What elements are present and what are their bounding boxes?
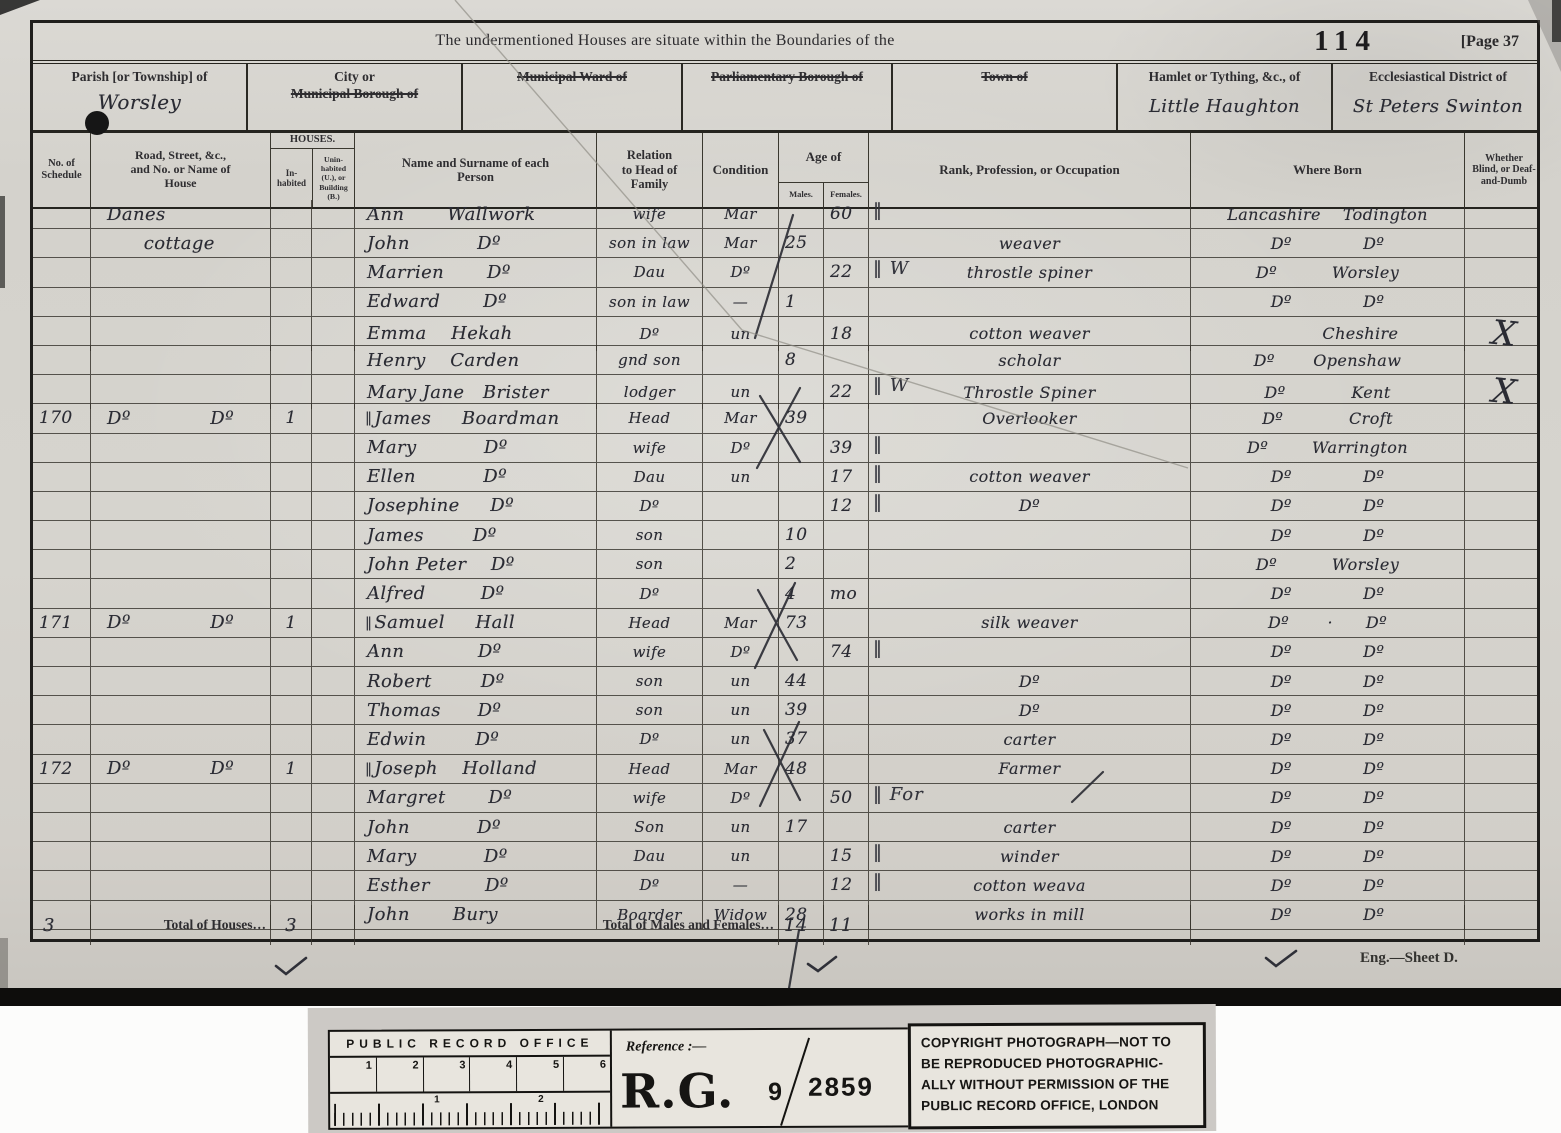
blind-cell: [1465, 813, 1543, 841]
col-age-group: Age of Males. Females.: [779, 133, 869, 207]
relation-cell: Dº: [597, 579, 703, 607]
field-ecclesiastical-district: Ecclesiastical District of St Peters Swi…: [1333, 64, 1543, 130]
age-females-cell: 22: [824, 258, 869, 286]
inhabited-cell: [271, 638, 312, 666]
occupation-cell: silk weaver: [869, 609, 1191, 637]
ruler-cm-scale: 1 2: [330, 1093, 610, 1128]
name-cell: Ann Dº: [355, 638, 597, 666]
blind-cell: [1465, 609, 1543, 637]
relation-cell: son in law: [597, 288, 703, 316]
blind-cell: [1465, 871, 1543, 899]
address-cell: [91, 842, 271, 870]
age-males-cell: 8: [779, 346, 824, 374]
page-title: The undermentioned Houses are situate wi…: [33, 32, 1297, 50]
uninhabited-cell: [312, 755, 355, 783]
relation-cell: Head: [597, 609, 703, 637]
born-cell: Dº Dº: [1191, 463, 1465, 491]
hamlet-value: Little Haughton: [1118, 96, 1331, 117]
relation-cell: wife: [597, 200, 703, 228]
schedule-cell: [33, 638, 91, 666]
total-houses-label: Total of Houses…: [91, 905, 271, 945]
condition-cell: un: [703, 813, 779, 841]
occupation-cell: carter: [869, 813, 1191, 841]
condition-cell: un: [703, 725, 779, 753]
occupation-cell: ‖Dº: [869, 492, 1191, 520]
address-cell: cottage: [91, 229, 271, 257]
age-females-cell: [824, 521, 869, 549]
relation-cell: gnd son: [597, 346, 703, 374]
col-occupation: Rank, Profession, or Occupation: [869, 133, 1191, 207]
person-row: Edward Dº son in law — 1 Dº Dº: [33, 288, 1537, 317]
parish-value: Worsley: [33, 90, 246, 114]
condition-cell: —: [703, 871, 779, 899]
born-cell: Dº Dº: [1191, 842, 1465, 870]
occupation-cell: carter: [869, 725, 1191, 753]
age-males-cell: 48: [779, 755, 824, 783]
condition-cell: [703, 579, 779, 607]
relation-cell: Dau: [597, 842, 703, 870]
age-females-cell: 15: [824, 842, 869, 870]
name-cell: Mary Dº: [355, 434, 597, 462]
uninhabited-cell: [312, 521, 355, 549]
uninhabited-cell: [312, 492, 355, 520]
ecclesiastical-value: St Peters Swinton: [1333, 96, 1543, 117]
name-cell: Thomas Dº: [355, 696, 597, 724]
address-cell: Dº Dº: [91, 404, 271, 432]
name-cell: John Dº: [355, 229, 597, 257]
age-females-cell: [824, 609, 869, 637]
total-males-females-label: Total of Males and Females…: [355, 905, 779, 945]
age-males-cell: 17: [779, 813, 824, 841]
col-uninhabited: Unin-habited(U.), orBuilding(B.): [313, 149, 354, 207]
totals-uninhabited: [312, 905, 355, 945]
blind-cell: [1465, 288, 1543, 316]
inhabited-cell: 1: [271, 755, 312, 783]
person-row: Alfred Dº Dº 4 mo Dº Dº: [33, 579, 1537, 608]
age-males-cell: [779, 463, 824, 491]
schedule-cell: [33, 667, 91, 695]
age-males-cell: [779, 492, 824, 520]
occupation-cell: ‖: [869, 200, 1191, 228]
schedule-cell: 171: [33, 609, 91, 637]
inhabited-cell: [271, 842, 312, 870]
corner-smudge-top-left: [0, 0, 40, 15]
reference-item: 2859: [808, 1072, 874, 1103]
born-cell: Dº Dº: [1191, 696, 1465, 724]
age-males-cell: 44: [779, 667, 824, 695]
pro-ruler: PUBLIC RECORD OFFICE 1 2 3 4 5 6 1 2: [330, 1031, 612, 1128]
photo-edge-band: [0, 988, 1561, 1006]
inhabited-cell: [271, 463, 312, 491]
relation-cell: Son: [597, 813, 703, 841]
edge-mark-left: [0, 196, 5, 288]
age-females-cell: [824, 755, 869, 783]
age-males-cell: [779, 784, 824, 812]
reference-piece: 9: [768, 1078, 782, 1107]
check-marks: [276, 951, 1296, 974]
condition-cell: [703, 521, 779, 549]
address-cell: Dº Dº: [91, 609, 271, 637]
blind-cell: [1465, 434, 1543, 462]
inhabited-cell: [271, 813, 312, 841]
occupation-cell: ‖ For: [869, 784, 1191, 812]
address-cell: [91, 784, 271, 812]
pro-stamp: PUBLIC RECORD OFFICE 1 2 3 4 5 6 1 2 Ref: [328, 1027, 918, 1130]
born-cell: Dº Dº: [1191, 288, 1465, 316]
name-cell: Ellen Dº: [355, 463, 597, 491]
age-males-cell: [779, 638, 824, 666]
totals-born: [1191, 905, 1465, 945]
name-cell: Marrien Dº: [355, 258, 597, 286]
age-females-cell: mo: [824, 579, 869, 607]
blind-cell: [1465, 346, 1543, 374]
totals-occupation: [869, 905, 1191, 945]
age-males-cell: [779, 842, 824, 870]
schedule-cell: [33, 258, 91, 286]
occupation-cell: weaver: [869, 229, 1191, 257]
blind-cell: [1465, 492, 1543, 520]
condition-cell: [703, 346, 779, 374]
blind-cell: [1465, 696, 1543, 724]
age-females-cell: [824, 404, 869, 432]
person-row: John Dº Son un 17 carter Dº Dº: [33, 813, 1537, 842]
person-row: Mary Dº wife Dº 39 ‖ Dº Warrington: [33, 434, 1537, 463]
uninhabited-cell: [312, 346, 355, 374]
age-females-cell: 39: [824, 434, 869, 462]
born-cell: Dº Dº: [1191, 638, 1465, 666]
relation-cell: Dau: [597, 258, 703, 286]
age-females-cell: [824, 288, 869, 316]
inhabited-cell: [271, 521, 312, 549]
inhabited-cell: [271, 579, 312, 607]
person-row: Danes Ann Wallwork wife Mar 60 ‖ Lancash…: [33, 200, 1537, 229]
condition-cell: Mar: [703, 229, 779, 257]
schedule-cell: [33, 696, 91, 724]
col-inhabited: In-habited: [271, 149, 313, 207]
col-road: Road, Street, &c.,and No. or Name ofHous…: [91, 133, 271, 207]
person-row: Edwin Dº Dº un 37 carter Dº Dº: [33, 725, 1537, 754]
name-cell: Henry Carden: [355, 346, 597, 374]
age-females-cell: 17: [824, 463, 869, 491]
pro-stamp-strip: PUBLIC RECORD OFFICE 1 2 3 4 5 6 1 2 Ref: [308, 1004, 1217, 1133]
inhabited-cell: [271, 200, 312, 228]
address-cell: Dº Dº: [91, 755, 271, 783]
field-town: Town of: [893, 64, 1118, 130]
address-cell: [91, 667, 271, 695]
address-cell: [91, 871, 271, 899]
col-where-born: Where Born: [1191, 133, 1465, 207]
blind-cell: [1465, 550, 1543, 578]
uninhabited-cell: [312, 813, 355, 841]
address-cell: [91, 288, 271, 316]
occupation-cell: ‖winder: [869, 842, 1191, 870]
address-cell: [91, 521, 271, 549]
born-cell: Dº Dº: [1191, 229, 1465, 257]
born-cell: Dº Dº: [1191, 521, 1465, 549]
person-row: Esther Dº Dº — 12 ‖cotton weava Dº Dº: [33, 871, 1537, 900]
totals-blind: [1465, 905, 1543, 945]
age-females-cell: [824, 229, 869, 257]
col-condition: Condition: [703, 133, 779, 207]
age-males-cell: 39: [779, 404, 824, 432]
address-cell: [91, 463, 271, 491]
occupation-cell: ‖: [869, 638, 1191, 666]
schedule-cell: [33, 550, 91, 578]
born-cell: Dº Dº: [1191, 725, 1465, 753]
condition-cell: Mar: [703, 609, 779, 637]
uninhabited-cell: [312, 288, 355, 316]
relation-cell: wife: [597, 784, 703, 812]
born-cell: Dº Dº: [1191, 871, 1465, 899]
name-cell: Edwin Dº: [355, 725, 597, 753]
relation-cell: son: [597, 550, 703, 578]
blind-cell: [1465, 463, 1543, 491]
born-cell: Dº Worsley: [1191, 550, 1465, 578]
schedule-cell: [33, 784, 91, 812]
age-females-cell: [824, 813, 869, 841]
inhabited-cell: [271, 725, 312, 753]
occupation-cell: [869, 579, 1191, 607]
title-strip: The undermentioned Houses are situate wi…: [33, 23, 1537, 64]
address-cell: [91, 638, 271, 666]
schedule-cell: [33, 492, 91, 520]
inhabited-cell: [271, 550, 312, 578]
condition-cell: un: [703, 842, 779, 870]
age-males-cell: 37: [779, 725, 824, 753]
age-females-cell: [824, 696, 869, 724]
schedule-cell: [33, 725, 91, 753]
uninhabited-cell: [312, 871, 355, 899]
born-cell: Lancashire Todington: [1191, 200, 1465, 228]
person-row: Marrien Dº Dau Dº 22 ‖ Wthrostle spiner …: [33, 258, 1537, 287]
uninhabited-cell: [312, 404, 355, 432]
condition-cell: un: [703, 463, 779, 491]
col-name: Name and Surname of eachPerson: [355, 133, 597, 207]
address-cell: [91, 346, 271, 374]
born-cell: Dº Dº: [1191, 755, 1465, 783]
condition-cell: un: [703, 696, 779, 724]
schedule-cell: [33, 346, 91, 374]
schedule-cell: [33, 288, 91, 316]
born-cell: Dº Dº: [1191, 579, 1465, 607]
person-row: James Dº son 10 Dº Dº: [33, 521, 1537, 550]
person-row: cottage John Dº son in law Mar 25 weaver…: [33, 229, 1537, 258]
inhabited-cell: [271, 667, 312, 695]
occupation-cell: Overlooker: [869, 404, 1191, 432]
name-cell: Margret Dº: [355, 784, 597, 812]
born-cell: Dº Croft: [1191, 404, 1465, 432]
reference-slash: [780, 1038, 810, 1126]
name-cell: John Peter Dº: [355, 550, 597, 578]
uninhabited-cell: [312, 609, 355, 637]
edge-mark-top-right: [1552, 0, 1561, 42]
schedule-cell: [33, 200, 91, 228]
age-males-cell: 1: [779, 288, 824, 316]
inhabited-cell: [271, 258, 312, 286]
condition-cell: Mar: [703, 755, 779, 783]
blind-cell: [1465, 200, 1543, 228]
person-row: Robert Dº son un 44 Dº Dº Dº: [33, 667, 1537, 696]
blind-cell: [1465, 521, 1543, 549]
occupation-cell: scholar: [869, 346, 1191, 374]
person-row: 171 Dº Dº 1 ‖Samuel Hall Head Mar 73 sil…: [33, 609, 1537, 638]
pro-office-title: PUBLIC RECORD OFFICE: [330, 1031, 610, 1058]
person-row: Henry Carden gnd son 8 scholar Dº Opensh…: [33, 346, 1537, 375]
relation-cell: Head: [597, 404, 703, 432]
schedule-cell: [33, 579, 91, 607]
name-cell: ‖James Boardman: [355, 404, 597, 432]
condition-cell: Dº: [703, 638, 779, 666]
census-photo-paper: The undermentioned Houses are situate wi…: [0, 0, 1561, 990]
schedule-cell: [33, 871, 91, 899]
age-males-cell: [779, 434, 824, 462]
person-row: Mary Jane Brister lodger un 22 ‖ WThrost…: [33, 375, 1537, 404]
folio-number: 114: [1314, 25, 1377, 58]
occupation-cell: [869, 550, 1191, 578]
column-headers: No. ofSchedule Road, Street, &c.,and No.…: [33, 133, 1537, 209]
sheet-label: Eng.—Sheet D.: [1360, 950, 1458, 967]
name-cell: ‖Joseph Holland: [355, 755, 597, 783]
age-males-cell: 39: [779, 696, 824, 724]
name-cell: James Dº: [355, 521, 597, 549]
person-row: Ann Dº wife Dº 74 ‖ Dº Dº: [33, 638, 1537, 667]
uninhabited-cell: [312, 638, 355, 666]
age-males-cell: 2: [779, 550, 824, 578]
occupation-cell: ‖ Wthrostle spiner: [869, 258, 1191, 286]
field-municipal-borough: City or Municipal Borough of: [248, 64, 463, 130]
col-houses-group: HOUSES. In-habited Unin-habited(U.), orB…: [271, 133, 355, 207]
field-parliamentary-borough: Parliamentary Borough of: [683, 64, 893, 130]
age-females-cell: [824, 550, 869, 578]
name-cell: Robert Dº: [355, 667, 597, 695]
col-relation: Relationto Head ofFamily: [597, 133, 703, 207]
total-males: 14: [779, 905, 824, 945]
total-houses-value: 3: [271, 905, 312, 945]
inhabited-cell: [271, 229, 312, 257]
relation-cell: Head: [597, 755, 703, 783]
age-females-cell: 12: [824, 871, 869, 899]
address-cell: [91, 492, 271, 520]
uninhabited-cell: [312, 463, 355, 491]
inhabited-cell: 1: [271, 609, 312, 637]
occupation-cell: ‖cotton weaver: [869, 463, 1191, 491]
reference-panel: Reference :— R.G. 9 2859: [612, 1029, 916, 1126]
page-number-label: [Page 37: [1461, 33, 1519, 51]
born-cell: Dº Dº: [1191, 784, 1465, 812]
blind-cell: [1465, 784, 1543, 812]
uninhabited-cell: [312, 200, 355, 228]
field-hamlet: Hamlet or Tything, &c., of Little Haught…: [1118, 64, 1333, 130]
uninhabited-cell: [312, 434, 355, 462]
ruler-ticks: [334, 1112, 606, 1126]
totals-row: 3 Total of Houses… 3 Total of Males and …: [33, 905, 1537, 945]
uninhabited-cell: [312, 842, 355, 870]
uninhabited-cell: [312, 784, 355, 812]
condition-cell: [703, 550, 779, 578]
age-males-cell: [779, 258, 824, 286]
condition-cell: Dº: [703, 258, 779, 286]
inhabited-cell: [271, 871, 312, 899]
blind-cell: [1465, 404, 1543, 432]
name-cell: ‖Samuel Hall: [355, 609, 597, 637]
uninhabited-cell: [312, 696, 355, 724]
schedule-cell: [33, 842, 91, 870]
occupation-cell: Dº: [869, 667, 1191, 695]
field-municipal-ward: Municipal Ward of: [463, 64, 683, 130]
schedule-cell: 170: [33, 404, 91, 432]
census-form: The undermentioned Houses are situate wi…: [30, 20, 1540, 942]
uninhabited-cell: [312, 229, 355, 257]
person-row: 172 Dº Dº 1 ‖Joseph Holland Head Mar 48 …: [33, 755, 1537, 784]
condition-cell: Mar: [703, 404, 779, 432]
address-cell: [91, 725, 271, 753]
age-males-cell: [779, 200, 824, 228]
person-row: John Peter Dº son 2 Dº Worsley: [33, 550, 1537, 579]
age-males-cell: 4: [779, 579, 824, 607]
person-row: Josephine Dº Dº 12 ‖Dº Dº Dº: [33, 492, 1537, 521]
born-cell: Dº Worsley: [1191, 258, 1465, 286]
born-cell: Dº · Dº: [1191, 609, 1465, 637]
field-parish: Parish [or Township] of Worsley: [33, 64, 248, 130]
born-cell: Dº Dº: [1191, 492, 1465, 520]
ruler-inch-scale: 1 2 3 4 5 6: [330, 1057, 610, 1094]
condition-cell: un: [703, 667, 779, 695]
uninhabited-cell: [312, 579, 355, 607]
blind-cell: [1465, 258, 1543, 286]
person-row: Mary Dº Dau un 15 ‖winder Dº Dº: [33, 842, 1537, 871]
inhabited-cell: 1: [271, 404, 312, 432]
condition-cell: [703, 492, 779, 520]
person-row: Thomas Dº son un 39 Dº Dº Dº: [33, 696, 1537, 725]
inhabited-cell: [271, 492, 312, 520]
uninhabited-cell: [312, 667, 355, 695]
age-females-cell: 74: [824, 638, 869, 666]
header-boxes: Parish [or Township] of Worsley City or …: [33, 64, 1537, 133]
relation-cell: Dº: [597, 871, 703, 899]
census-page-scan: The undermentioned Houses are situate wi…: [0, 0, 1561, 1133]
total-females: 11: [824, 905, 869, 945]
blind-cell: [1465, 755, 1543, 783]
address-cell: [91, 550, 271, 578]
address-cell: [91, 579, 271, 607]
relation-cell: son: [597, 696, 703, 724]
schedule-cell: [33, 813, 91, 841]
schedule-cell: [33, 521, 91, 549]
uninhabited-cell: [312, 258, 355, 286]
age-males-cell: 25: [779, 229, 824, 257]
born-cell: Dº Dº: [1191, 667, 1465, 695]
totals-schedule: 3: [33, 905, 91, 945]
relation-cell: Dº: [597, 492, 703, 520]
schedule-cell: [33, 229, 91, 257]
rows: Danes Ann Wallwork wife Mar 60 ‖ Lancash…: [33, 200, 1537, 930]
blind-cell: [1465, 229, 1543, 257]
condition-cell: —: [703, 288, 779, 316]
age-females-cell: 60: [824, 200, 869, 228]
relation-cell: Dº: [597, 725, 703, 753]
age-males-cell: 10: [779, 521, 824, 549]
address-cell: [91, 434, 271, 462]
reference-series: R.G.: [620, 1064, 734, 1119]
inhabited-cell: [271, 434, 312, 462]
address-cell: [91, 258, 271, 286]
relation-cell: son: [597, 521, 703, 549]
schedule-cell: 172: [33, 755, 91, 783]
schedule-cell: [33, 434, 91, 462]
relation-cell: wife: [597, 638, 703, 666]
occupation-cell: Farmer: [869, 755, 1191, 783]
person-row: Margret Dº wife Dº 50 ‖ For Dº Dº: [33, 784, 1537, 813]
